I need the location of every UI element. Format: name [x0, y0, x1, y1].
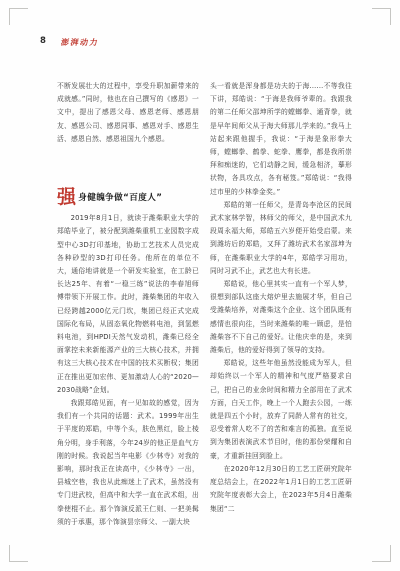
- document-page: 8 澎湃动力 不断发展壮大的过程中，享受升职加薪带来的成就感。”同时，他也在自己…: [0, 0, 400, 571]
- text-column-right: 头一看就是浑身都是功夫的于海……不等我往下讲，郑皓说：“于海是我师爷辈的。我跟我…: [210, 80, 352, 529]
- paragraph: 郑皓说，这些年他虽然没能成为军人，但却始终以一个军人的精神和气度严格要求自己，把…: [210, 357, 352, 463]
- crop-mark-top-right: [372, 8, 391, 25]
- paragraph: 郑皓的第一任师父，是青岛李沧区的民间武术家林学智，林师父的师父，是中国武术九段周…: [210, 199, 352, 278]
- text-column-left: 不断发展壮大的过程中，享受升职加薪带来的成就感。”同时，他也在自己撰写的《感恩》…: [57, 80, 199, 529]
- section-heading: 强身健魄争做“百度人”: [57, 190, 199, 205]
- crop-mark-bottom-left: [9, 545, 28, 562]
- paragraph: 不断发展壮大的过程中，享受升职加薪带来的成就感。”同时，他也在自己撰写的《感恩》…: [57, 80, 199, 146]
- paragraph: 郑皓说，他心里其实一直有一个军人梦，很想到部队这座大熔炉里去施展才华，但自己受潍…: [210, 278, 352, 357]
- paragraph: 2019年8月1日，就读于潍柴职业大学的郑皓毕业了，被分配到潍柴重机工业园数字成…: [57, 212, 199, 397]
- page-header: 8 澎湃动力: [40, 35, 360, 49]
- crop-mark-bottom-right: [372, 545, 391, 562]
- heading-text: 身健魄争做“百度人”: [78, 193, 162, 203]
- paragraph: 在2020年12月30日的工艺工匠研究院年度总结会上，在2022年1月1日的工艺…: [210, 463, 352, 516]
- paragraph: 头一看就是浑身都是功夫的于海……不等我往下讲，郑皓说：“于海是我师爷辈的。我跟我…: [210, 80, 352, 199]
- crop-mark-top-left: [9, 8, 28, 25]
- magazine-logo: 澎湃动力: [60, 37, 100, 48]
- page-number: 8: [40, 36, 46, 46]
- heading-dropcap: 强: [57, 186, 76, 208]
- article-body: 不断发展壮大的过程中，享受升职加薪带来的成就感。”同时，他也在自己撰写的《感恩》…: [57, 80, 352, 529]
- paragraph: 我跟郑皓见面，有一见如故的感觉，因为我们有一个共同的话题：武术。1999年出生于…: [57, 397, 199, 529]
